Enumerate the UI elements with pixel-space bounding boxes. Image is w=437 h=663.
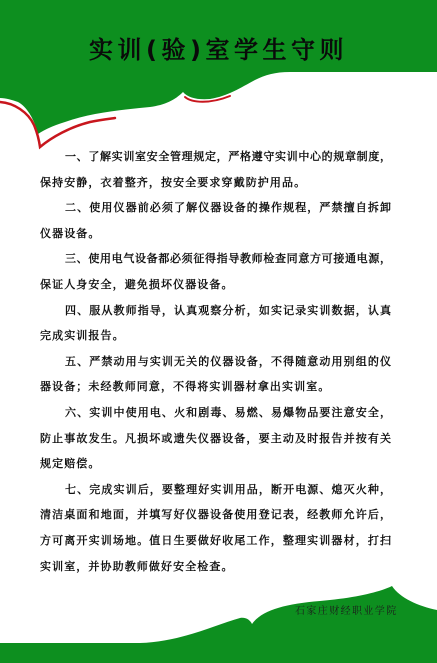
- rule-line: 器设备；未经教师同意，不得将实训器材拿出实训室。: [40, 374, 391, 400]
- rule-line: 完成实训报告。: [40, 323, 391, 349]
- rule-line: 三、使用电气设备都必须征得指导教师检查同意方可接通电源，: [40, 246, 391, 272]
- rule-2: 二、使用仪器前必须了解仪器设备的操作规程，严禁擅自拆卸 仪器设备。: [40, 195, 391, 246]
- rule-3: 三、使用电气设备都必须征得指导教师检查同意方可接通电源， 保证人身安全，避免损坏…: [40, 246, 391, 297]
- rule-line: 五、严禁动用与实训无关的仪器设备，不得随意动用别组的仪: [40, 349, 391, 375]
- rule-line: 七、完成实训后，要整理好实训用品，断开电源、熄灭火种，: [40, 477, 391, 503]
- rules-list: 一、了解实训室安全管理规定，严格遵守实训中心的规章制度， 保持安静，衣着整齐，按…: [40, 144, 391, 579]
- rule-4: 四、服从教师指导，认真观察分析，如实记录实训数据，认真 完成实训报告。: [40, 298, 391, 349]
- rule-line: 保持安静，衣着整齐，按安全要求穿戴防护用品。: [40, 170, 391, 196]
- rule-line: 一、了解实训室安全管理规定，严格遵守实训中心的规章制度，: [40, 144, 391, 170]
- rule-line: 保证人身安全，避免损坏仪器设备。: [40, 272, 391, 298]
- rule-1: 一、了解实训室安全管理规定，严格遵守实训中心的规章制度， 保持安静，衣着整齐，按…: [40, 144, 391, 195]
- footer-green-hills: [0, 586, 437, 663]
- rule-line: 四、服从教师指导，认真观察分析，如实记录实训数据，认真: [40, 298, 391, 324]
- rule-line: 六、实训中使用电、火和剧毒、易燃、易爆物品要注意安全，: [40, 400, 391, 426]
- rule-line: 清洁桌面和地面，并填写好仪器设备使用登记表，经教师允许后，: [40, 502, 391, 528]
- rule-line: 规定赔偿。: [40, 451, 391, 477]
- page-title: 实训(验)室学生守则: [0, 36, 437, 64]
- rule-line: 仪器设备。: [40, 221, 391, 247]
- rule-line: 方可离开实训场地。值日生要做好收尾工作，整理实训器材，打扫: [40, 528, 391, 554]
- rule-7: 七、完成实训后，要整理好实训用品，断开电源、熄灭火种， 清洁桌面和地面，并填写好…: [40, 477, 391, 579]
- rule-line: 实训室，并协助教师做好安全检查。: [40, 554, 391, 580]
- rule-6: 六、实训中使用电、火和剧毒、易燃、易爆物品要注意安全， 防止事故发生。凡损坏或遗…: [40, 400, 391, 477]
- rule-line: 二、使用仪器前必须了解仪器设备的操作规程，严禁擅自拆卸: [40, 195, 391, 221]
- footer-organization-name: 石家庄财经职业学院: [295, 604, 398, 620]
- header-green-banner: [0, 0, 437, 134]
- rule-line: 防止事故发生。凡损坏或遗失仪器设备，要主动及时报告并按有关: [40, 426, 391, 452]
- rule-5: 五、严禁动用与实训无关的仪器设备，不得随意动用别组的仪 器设备；未经教师同意，不…: [40, 349, 391, 400]
